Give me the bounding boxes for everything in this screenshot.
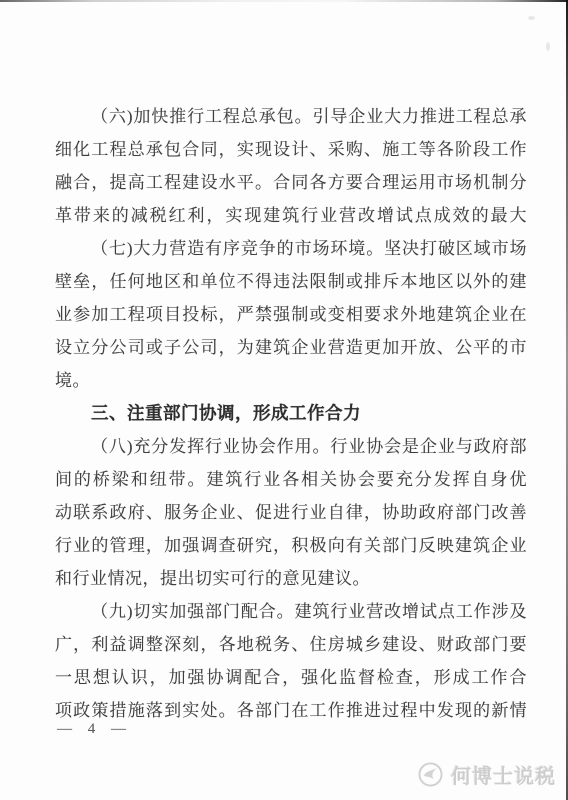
body-text-line: 境。: [55, 364, 527, 397]
watermark: 何博士说税: [418, 760, 556, 789]
scan-speck: [546, 42, 550, 51]
body-text-line: 和行业情况，提出切实可行的意见建议。: [55, 562, 527, 595]
body-text-line: （八)充分发挥行业协会作用。行业协会是企业与政府部门之: [55, 430, 527, 463]
body-text-line: 间的桥梁和纽带。建筑行业各相关协会要充分发挥自身优势，主: [55, 463, 527, 496]
body-text-line: 革带来的减税红利，实现建筑行业营改增试点成效的最大化。: [55, 199, 527, 232]
watermark-text: 何博士说税: [451, 760, 556, 789]
document-body: （六)加快推行工程总承包。引导企业大力推进工程总承包， 细化工程总承包合同，实现…: [55, 100, 527, 727]
body-text-line: 动联系政府、服务企业、促进行业自律，协助政府部门改善对建筑: [55, 496, 527, 529]
section-heading: 三、注重部门协调，形成工作合力: [55, 397, 527, 430]
body-text-line: 融合，提高工程建设水平。合同各方要合理运用市场机制分享改: [55, 166, 527, 199]
body-text-line: 设立分公司或子公司，为建筑企业营造更加开放、公平的市场环: [55, 331, 527, 364]
body-text-line: （七)大力营造有序竞争的市场环境。坚决打破区域市场准入: [55, 232, 527, 265]
page-number: — 4 —: [57, 721, 128, 738]
body-text-line: （九)切实加强部门配合。建筑行业营改增试点工作涉及面: [55, 595, 527, 628]
scan-artifact-top-edge: [0, 0, 568, 2]
paragraph-7: （七)大力营造有序竞争的市场环境。坚决打破区域市场准入 壁垒，任何地区和单位不得…: [55, 232, 527, 397]
paragraph-8: （八)充分发挥行业协会作用。行业协会是企业与政府部门之 间的桥梁和纽带。建筑行业…: [55, 430, 527, 595]
body-text-line: （六)加快推行工程总承包。引导企业大力推进工程总承包，: [55, 100, 527, 133]
scan-speck: [528, 16, 535, 20]
dove-circle-logo-icon: [418, 762, 443, 787]
scanned-document-page: （六)加快推行工程总承包。引导企业大力推进工程总承包， 细化工程总承包合同，实现…: [0, 0, 568, 800]
paragraph-6: （六)加快推行工程总承包。引导企业大力推进工程总承包， 细化工程总承包合同，实现…: [55, 100, 527, 232]
body-text-line: 广，利益调整深刻，各地税务、住房城乡建设、财政部门要进一步统: [55, 628, 527, 661]
body-text-line: 壁垒，任何地区和单位不得违法限制或排斥本地区以外的建筑企: [55, 265, 527, 298]
paragraph-9: （九)切实加强部门配合。建筑行业营改增试点工作涉及面 广，利益调整深刻，各地税务…: [55, 595, 527, 727]
body-text-line: 业参加工程项目投标，严禁强制或变相要求外地建筑企业在本地: [55, 298, 527, 331]
body-text-line: 一思想认识，加强协调配合，强化监督检查，形成工作合力，保证各: [55, 661, 527, 694]
body-text-line: 细化工程总承包合同，实现设计、采购、施工等各阶段工作的深度: [55, 133, 527, 166]
body-text-line: 行业的管理，加强调查研究，积极向有关部门反映建筑企业的诉求: [55, 529, 527, 562]
